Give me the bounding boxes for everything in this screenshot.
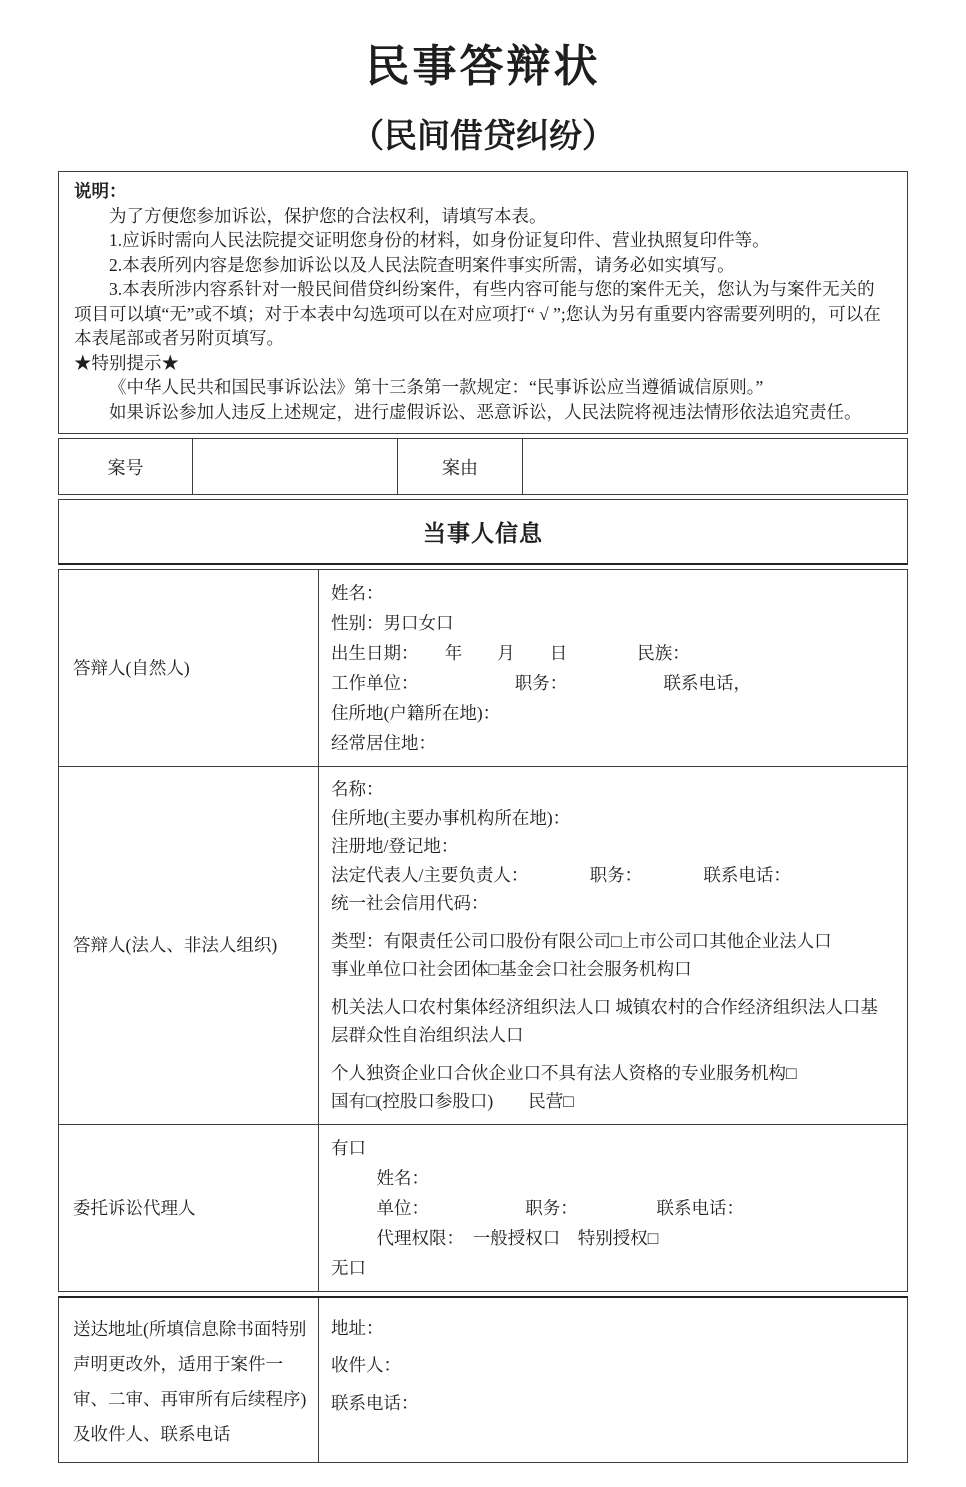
respondent-organization-row: 答辩人(法人、非法人组织) 名称： 住所地(主要办事机构所在地)： 注册地/登记… (59, 767, 907, 1125)
field-employer-title-phone: 工作单位： 职务： 联系电话， (331, 668, 895, 698)
field-org-domicile: 住所地(主要办事机构所在地)： (331, 804, 895, 833)
org-type-other-group: 个人独资企业口合伙企业口不具有法人资格的专业服务机构□ 国有□(控股口参股口) … (331, 1059, 895, 1116)
service-address-label: 送达地址(所填信息除书面特别声明更改外，适用于案件一审、二审、再审所有后续程序)… (59, 1298, 319, 1462)
civil-defense-form-page: 民事答辩状 （民间借贷纠纷） 说明： 为了方便您参加诉讼，保护您的合法权利，请填… (0, 0, 966, 1487)
field-org-type-collective: 机关法人口农村集体经济组织法人口 城镇农村的合作经济组织法人口基层群众性自治组织… (331, 993, 895, 1050)
field-habitual-residence: 经常居住地： (331, 728, 895, 758)
instructions-item-2: 2.本表所列内容是您参加诉讼以及人民法院查明案件事实所需，请务必如实填写。 (74, 253, 892, 278)
field-org-credit-code: 统一社会信用代码： (331, 889, 895, 918)
org-basic-info-group: 名称： 住所地(主要办事机构所在地)： 注册地/登记地： 法定代表人/主要负责人… (331, 775, 895, 918)
respondent-organization-label: 答辩人(法人、非法人组织) (59, 767, 319, 1124)
instructions-intro: 为了方便您参加诉讼，保护您的合法权利，请填写本表。 (74, 204, 892, 229)
party-info-section-title: 当事人信息 (58, 499, 908, 565)
instructions-box: 说明： 为了方便您参加诉讼，保护您的合法权利，请填写本表。 1.应诉时需向人民法… (58, 171, 908, 434)
agent-name: 姓名： (331, 1163, 895, 1193)
field-org-registration-place: 注册地/登记地： (331, 832, 895, 861)
service-address-row: 送达地址(所填信息除书面特别声明更改外，适用于案件一审、二审、再审所有后续程序)… (58, 1296, 908, 1463)
service-address-phone: 联系电话： (331, 1385, 895, 1423)
agent-work-title-phone: 单位： 职务： 联系电话： (331, 1193, 895, 1223)
field-org-name: 名称： (331, 775, 895, 804)
cause-of-action-value (523, 439, 907, 494)
respondent-organization-fields: 名称： 住所地(主要办事机构所在地)： 注册地/登记地： 法定代表人/主要负责人… (319, 767, 907, 1124)
field-org-type-institution: 事业单位口社会团体□基金会口社会服务机构口 (331, 955, 895, 984)
field-name: 姓名： (331, 578, 895, 608)
litigation-agent-label: 委托诉讼代理人 (59, 1125, 319, 1291)
respondent-natural-person-row: 答辩人(自然人) 姓名： 性别：男口女口 出生日期： 年 月 日 民族： 工作单… (59, 570, 907, 767)
service-address-recipient: 收件人： (331, 1347, 895, 1385)
agent-has-checkbox: 有口 (331, 1133, 895, 1163)
instructions-item-1: 1.应诉时需向人民法院提交证明您身份的材料，如身份证复印件、营业执照复印件等。 (74, 228, 892, 253)
field-gender: 性别：男口女口 (331, 608, 895, 638)
field-org-legal-rep: 法定代表人/主要负责人： 职务： 联系电话： (331, 861, 895, 890)
service-address-fields: 地址： 收件人： 联系电话： (319, 1298, 907, 1462)
field-birthdate-ethnicity: 出生日期： 年 月 日 民族： (331, 638, 895, 668)
litigation-agent-fields: 有口 姓名： 单位： 职务： 联系电话： 代理权限： 一般授权口 特别授权□ 无… (319, 1125, 907, 1291)
party-info-table: 答辩人(自然人) 姓名： 性别：男口女口 出生日期： 年 月 日 民族： 工作单… (58, 569, 908, 1292)
document-subtitle: （民间借贷纠纷） (58, 110, 908, 157)
field-domicile: 住所地(户籍所在地)： (331, 698, 895, 728)
agent-none-checkbox: 无口 (331, 1253, 895, 1283)
case-info-row: 案号 案由 (58, 438, 908, 495)
document-title: 民事答辩状 (58, 30, 908, 94)
field-org-ownership: 国有□(控股口参股口) 民营□ (331, 1087, 895, 1116)
litigation-agent-row: 委托诉讼代理人 有口 姓名： 单位： 职务： 联系电话： 代理权限： 一般授权口… (59, 1125, 907, 1291)
instructions-heading: 说明： (74, 179, 892, 204)
org-type-collective-group: 机关法人口农村集体经济组织法人口 城镇农村的合作经济组织法人口基层群众性自治组织… (331, 993, 895, 1050)
cause-of-action-label: 案由 (398, 439, 523, 494)
field-org-type-sole-partnership: 个人独资企业口合伙企业口不具有法人资格的专业服务机构□ (331, 1059, 895, 1088)
org-type-company-group: 类型：有限责任公司口股份有限公司□上市公司口其他企业法人口 事业单位口社会团体□… (331, 927, 895, 984)
case-number-value (193, 439, 398, 494)
special-notice-line-1: 《中华人民共和国民事诉讼法》第十三条第一款规定：“民事诉讼应当遵循诚信原则。” (74, 375, 892, 400)
case-number-label: 案号 (59, 439, 193, 494)
special-notice-line-2: 如果诉讼参加人违反上述规定，进行虚假诉讼、恶意诉讼，人民法院将视违法情形依法追究… (74, 400, 892, 425)
service-address-address: 地址： (331, 1310, 895, 1348)
respondent-natural-person-label: 答辩人(自然人) (59, 570, 319, 766)
respondent-natural-person-fields: 姓名： 性别：男口女口 出生日期： 年 月 日 民族： 工作单位： 职务： 联系… (319, 570, 907, 766)
special-notice-heading: ★特别提示★ (74, 351, 892, 376)
instructions-item-3: 3.本表所涉内容系针对一般民间借贷纠纷案件，有些内容可能与您的案件无关，您认为与… (74, 277, 892, 351)
field-org-type-company: 类型：有限责任公司口股份有限公司□上市公司口其他企业法人口 (331, 927, 895, 956)
agent-authority-scope: 代理权限： 一般授权口 特别授权□ (331, 1223, 895, 1253)
